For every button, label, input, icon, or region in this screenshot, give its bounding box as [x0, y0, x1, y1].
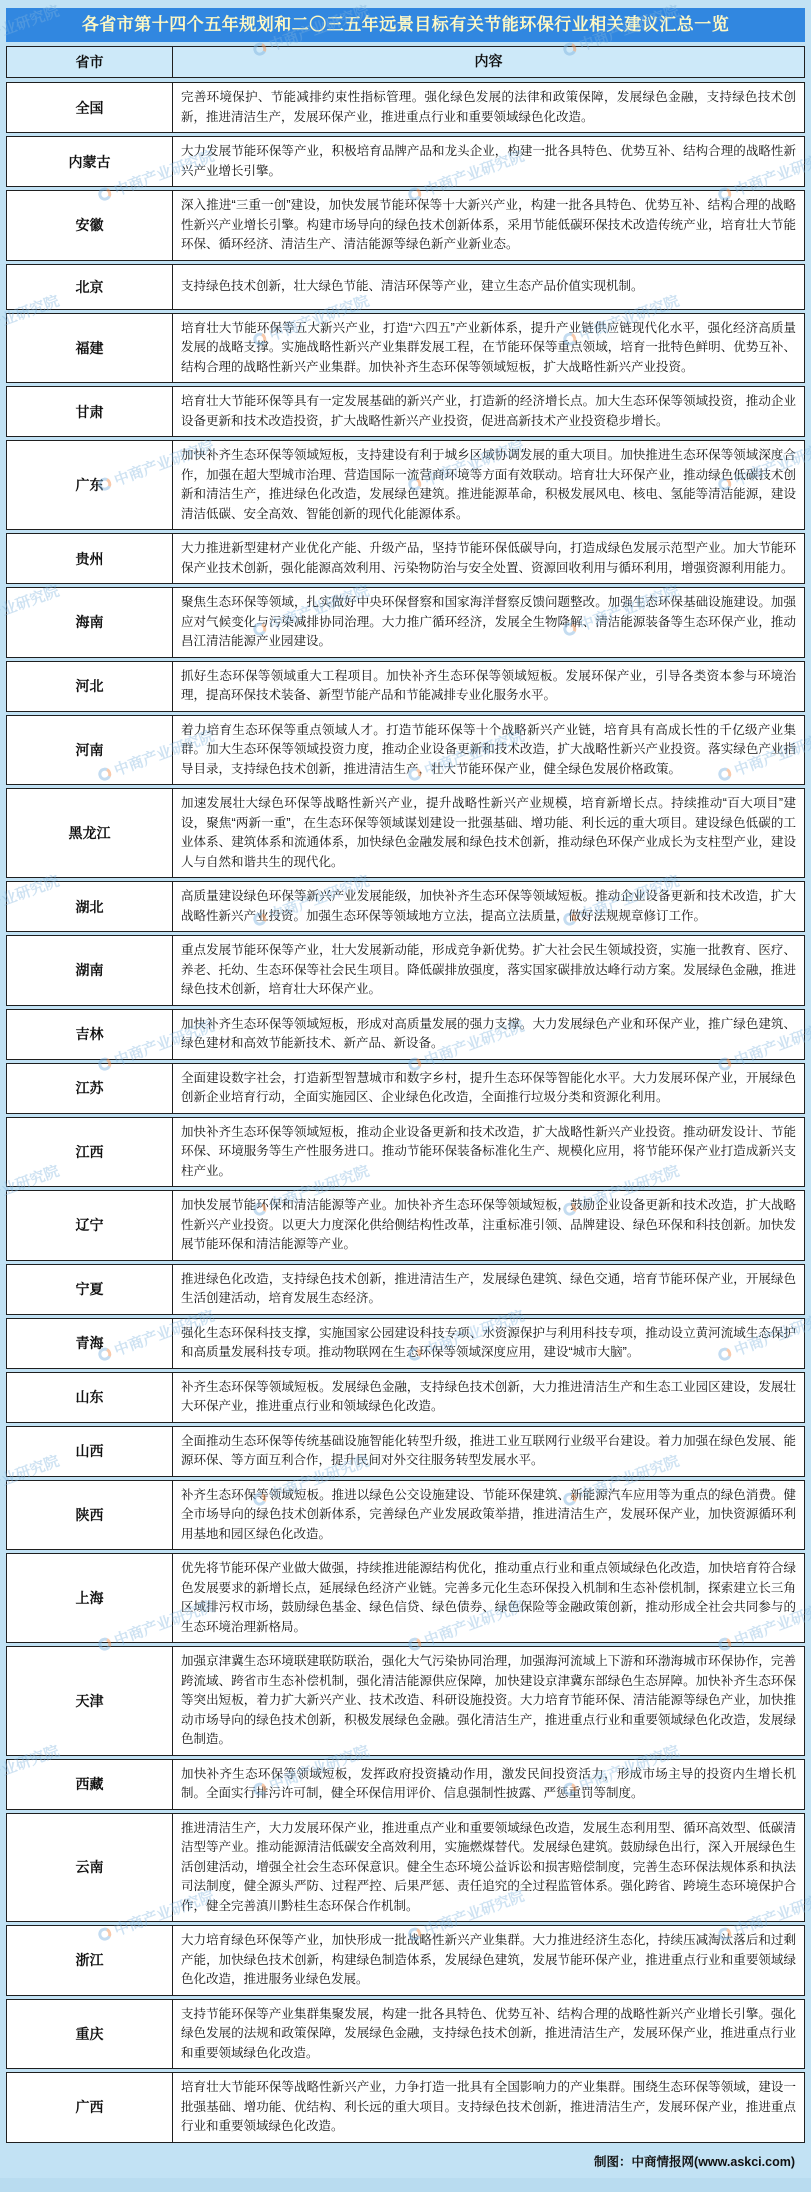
content-cell: 培育壮大节能环保等战略性新兴产业，力争打造一批具有全国影响力的产业集群。围绕生态…	[173, 2073, 804, 2142]
content-cell: 高质量建设绿色环保等新兴产业发展能级，加快补齐生态环保等领域短板。推动企业设备更…	[173, 882, 804, 931]
province-cell: 福建	[7, 314, 173, 383]
table-row: 福建 培育壮大节能环保等五大新兴产业，打造“六四五”产业新体系，提升产业链供应链…	[6, 313, 805, 384]
content-cell: 深入推进“三重一创”建设，加快发展节能环保等十大新兴产业，构建一批各具特色、优势…	[173, 191, 804, 260]
table-row: 贵州 大力推进新型建材产业优化产能、升级产品，坚持节能环保低碳导向，打造成绿色发…	[6, 533, 805, 584]
table-row: 陕西 补齐生态环保等领域短板。推进以绿色公交设施建设、节能环保建筑、新能源汽车应…	[6, 1480, 805, 1551]
table-row: 宁夏 推进绿色化改造，支持绿色技术创新，推进清洁生产，发展绿色建筑、绿色交通，培…	[6, 1264, 805, 1315]
table-row: 浙江 大力培育绿色环保等产业，加快形成一批战略性新兴产业集群。大力推进经济生态化…	[6, 1925, 805, 1996]
content-cell: 支持绿色技术创新，壮大绿色节能、清洁环保等产业，建立生态产品价值实现机制。	[173, 265, 804, 309]
credit-text: 制图：中商情报网(www.askci.com)	[594, 2152, 795, 2170]
content-cell: 重点发展节能环保等产业，壮大发展新动能，形成竞争新优势。扩大社会民生领域投资，实…	[173, 936, 804, 1005]
content-cell: 抓好生态环保等领域重大工程项目。加快补齐生态环保等领域短板。发展环保产业，引导各…	[173, 662, 804, 711]
province-cell: 甘肃	[7, 387, 173, 436]
table-row: 山东 补齐生态环保等领域短板。发展绿色金融，支持绿色技术创新，大力推进清洁生产和…	[6, 1372, 805, 1423]
table-row: 重庆 支持节能环保等产业集群集聚发展，构建一批各具特色、优势互补、结构合理的战略…	[6, 1999, 805, 2070]
province-cell: 河北	[7, 662, 173, 711]
footer: 制图：中商情报网(www.askci.com)	[6, 2146, 805, 2176]
table-row: 湖北 高质量建设绿色环保等新兴产业发展能级，加快补齐生态环保等领域短板。推动企业…	[6, 881, 805, 932]
province-cell: 西藏	[7, 1760, 173, 1809]
content-cell: 聚焦生态环保等领域，扎实做好中央环保督察和国家海洋督察反馈问题整改。加强生态环保…	[173, 588, 804, 657]
content-cell: 着力培育生态环保等重点领域人才。打造节能环保等十个战略新兴产业链，培育具有高成长…	[173, 716, 804, 785]
table-row: 上海 优先将节能环保产业做大做强，持续推进能源结构优化，推动重点行业和重点领域绿…	[6, 1553, 805, 1643]
province-cell: 天津	[7, 1647, 173, 1755]
province-cell: 全国	[7, 83, 173, 132]
province-cell: 湖南	[7, 936, 173, 1005]
province-cell: 广东	[7, 441, 173, 529]
province-cell: 黑龙江	[7, 789, 173, 877]
table-row: 黑龙江 加速发展壮大绿色环保等战略性新兴产业，提升战略性新兴产业规模，培育新增长…	[6, 788, 805, 878]
table-row: 全国 完善环境保护、节能减排约束性指标管理。强化绿色发展的法律和政策保障，发展绿…	[6, 82, 805, 133]
report-page: 各省市第十四个五年规划和二〇三五年远景目标有关节能环保行业相关建议汇总一览 省市…	[0, 0, 811, 2192]
province-cell: 安徽	[7, 191, 173, 260]
table-row: 吉林 加快补齐生态环保等领域短板，形成对高质量发展的强力支撑。大力发展绿色产业和…	[6, 1009, 805, 1060]
province-cell: 山东	[7, 1373, 173, 1422]
content-cell: 加快补齐生态环保等领域短板，发挥政府投资撬动作用，激发民间投资活力，形成市场主导…	[173, 1760, 804, 1809]
table-row: 云南 推进清洁生产，大力发展环保产业，推进重点产业和重要领域绿色改造，发展生态利…	[6, 1813, 805, 1923]
content-cell: 推进清洁生产，大力发展环保产业，推进重点产业和重要领域绿色改造，发展生态利用型、…	[173, 1814, 804, 1922]
content-cell: 大力推进新型建材产业优化产能、升级产品，坚持节能环保低碳导向，打造成绿色发展示范…	[173, 534, 804, 583]
province-cell: 山西	[7, 1427, 173, 1476]
table-row: 山西 全面推动生态环保等传统基础设施智能化转型升级，推进工业互联网行业级平台建设…	[6, 1426, 805, 1477]
table-row: 河南 着力培育生态环保等重点领域人才。打造节能环保等十个战略新兴产业链，培育具有…	[6, 715, 805, 786]
province-cell: 江西	[7, 1118, 173, 1187]
province-cell: 青海	[7, 1319, 173, 1368]
province-cell: 吉林	[7, 1010, 173, 1059]
column-header-content: 内容	[173, 47, 804, 77]
province-cell: 浙江	[7, 1926, 173, 1995]
province-cell: 海南	[7, 588, 173, 657]
table-header-row: 省市 内容	[6, 46, 805, 78]
content-cell: 全面建设数字社会，打造新型智慧城市和数字乡村，提升生态环保等智能化水平。大力发展…	[173, 1064, 804, 1113]
content-cell: 补齐生态环保等领域短板。发展绿色金融，支持绿色技术创新，大力推进清洁生产和生态工…	[173, 1373, 804, 1422]
province-cell: 湖北	[7, 882, 173, 931]
table-row: 海南 聚焦生态环保等领域，扎实做好中央环保督察和国家海洋督察反馈问题整改。加强生…	[6, 587, 805, 658]
province-cell: 广西	[7, 2073, 173, 2142]
province-cell: 云南	[7, 1814, 173, 1922]
content-cell: 培育壮大节能环保等具有一定发展基础的新兴产业，打造新的经济增长点。加大生态环保等…	[173, 387, 804, 436]
content-cell: 培育壮大节能环保等五大新兴产业，打造“六四五”产业新体系，提升产业链供应链现代化…	[173, 314, 804, 383]
province-cell: 上海	[7, 1554, 173, 1642]
table-body: 全国 完善环境保护、节能减排约束性指标管理。强化绿色发展的法律和政策保障，发展绿…	[6, 82, 805, 2143]
content-cell: 优先将节能环保产业做大做强，持续推进能源结构优化，推动重点行业和重点领域绿色化改…	[173, 1554, 804, 1642]
table-row: 广东 加快补齐生态环保等领域短板，支持建设有利于城乡区域协调发展的重大项目。加快…	[6, 440, 805, 530]
plan-table: 省市 内容 全国 完善环境保护、节能减排约束性指标管理。强化绿色发展的法律和政策…	[6, 46, 805, 2143]
content-cell: 强化生态环保科技支撑，实施国家公园建设科技专项、水资源保护与利用科技专项，推动设…	[173, 1319, 804, 1368]
table-row: 广西 培育壮大节能环保等战略性新兴产业，力争打造一批具有全国影响力的产业集群。围…	[6, 2072, 805, 2143]
content-cell: 完善环境保护、节能减排约束性指标管理。强化绿色发展的法律和政策保障，发展绿色金融…	[173, 83, 804, 132]
province-cell: 宁夏	[7, 1265, 173, 1314]
content-cell: 补齐生态环保等领域短板。推进以绿色公交设施建设、节能环保建筑、新能源汽车应用等为…	[173, 1481, 804, 1550]
content-cell: 加快补齐生态环保等领域短板，推动企业设备更新和技术改造，扩大战略性新兴产业投资。…	[173, 1118, 804, 1187]
table-row: 江苏 全面建设数字社会，打造新型智慧城市和数字乡村，提升生态环保等智能化水平。大…	[6, 1063, 805, 1114]
content-cell: 加快补齐生态环保等领域短板，支持建设有利于城乡区域协调发展的重大项目。加快推进生…	[173, 441, 804, 529]
content-cell: 全面推动生态环保等传统基础设施智能化转型升级，推进工业互联网行业级平台建设。着力…	[173, 1427, 804, 1476]
province-cell: 内蒙古	[7, 137, 173, 186]
table-row: 甘肃 培育壮大节能环保等具有一定发展基础的新兴产业，打造新的经济增长点。加大生态…	[6, 386, 805, 437]
province-cell: 辽宁	[7, 1191, 173, 1260]
province-cell: 江苏	[7, 1064, 173, 1113]
table-row: 青海 强化生态环保科技支撑，实施国家公园建设科技专项、水资源保护与利用科技专项，…	[6, 1318, 805, 1369]
content-cell: 加速发展壮大绿色环保等战略性新兴产业，提升战略性新兴产业规模，培育新增长点。持续…	[173, 789, 804, 877]
page-title: 各省市第十四个五年规划和二〇三五年远景目标有关节能环保行业相关建议汇总一览	[6, 8, 805, 42]
table-row: 北京 支持绿色技术创新，壮大绿色节能、清洁环保等产业，建立生态产品价值实现机制。	[6, 264, 805, 310]
table-row: 安徽 深入推进“三重一创”建设，加快发展节能环保等十大新兴产业，构建一批各具特色…	[6, 190, 805, 261]
content-cell: 加快发展节能环保和清洁能源等产业。加快补齐生态环保等领域短板，鼓励企业设备更新和…	[173, 1191, 804, 1260]
province-cell: 贵州	[7, 534, 173, 583]
content-cell: 推进绿色化改造，支持绿色技术创新，推进清洁生产，发展绿色建筑、绿色交通，培育节能…	[173, 1265, 804, 1314]
table-row: 江西 加快补齐生态环保等领域短板，推动企业设备更新和技术改造，扩大战略性新兴产业…	[6, 1117, 805, 1188]
table-row: 西藏 加快补齐生态环保等领域短板，发挥政府投资撬动作用，激发民间投资活力，形成市…	[6, 1759, 805, 1810]
content-cell: 大力发展节能环保等产业，积极培育品牌产品和龙头企业，构建一批各具特色、优势互补、…	[173, 137, 804, 186]
content-cell: 支持节能环保等产业集群集聚发展，构建一批各具特色、优势互补、结构合理的战略性新兴…	[173, 2000, 804, 2069]
content-cell: 大力培育绿色环保等产业，加快形成一批战略性新兴产业集群。大力推进经济生态化，持续…	[173, 1926, 804, 1995]
table-row: 内蒙古 大力发展节能环保等产业，积极培育品牌产品和龙头企业，构建一批各具特色、优…	[6, 136, 805, 187]
province-cell: 北京	[7, 265, 173, 309]
province-cell: 陕西	[7, 1481, 173, 1550]
province-cell: 河南	[7, 716, 173, 785]
table-row: 天津 加强京津冀生态环境联建联防联治，强化大气污染协同治理，加强海河流域上下游和…	[6, 1646, 805, 1756]
table-row: 河北 抓好生态环保等领域重大工程项目。加快补齐生态环保等领域短板。发展环保产业，…	[6, 661, 805, 712]
content-cell: 加快补齐生态环保等领域短板，形成对高质量发展的强力支撑。大力发展绿色产业和环保产…	[173, 1010, 804, 1059]
province-cell: 重庆	[7, 2000, 173, 2069]
table-row: 湖南 重点发展节能环保等产业，壮大发展新动能，形成竞争新优势。扩大社会民生领域投…	[6, 935, 805, 1006]
column-header-province: 省市	[7, 47, 173, 77]
bottom-strip	[0, 2178, 811, 2192]
content-cell: 加强京津冀生态环境联建联防联治，强化大气污染协同治理，加强海河流域上下游和环渤海…	[173, 1647, 804, 1755]
table-row: 辽宁 加快发展节能环保和清洁能源等产业。加快补齐生态环保等领域短板，鼓励企业设备…	[6, 1190, 805, 1261]
